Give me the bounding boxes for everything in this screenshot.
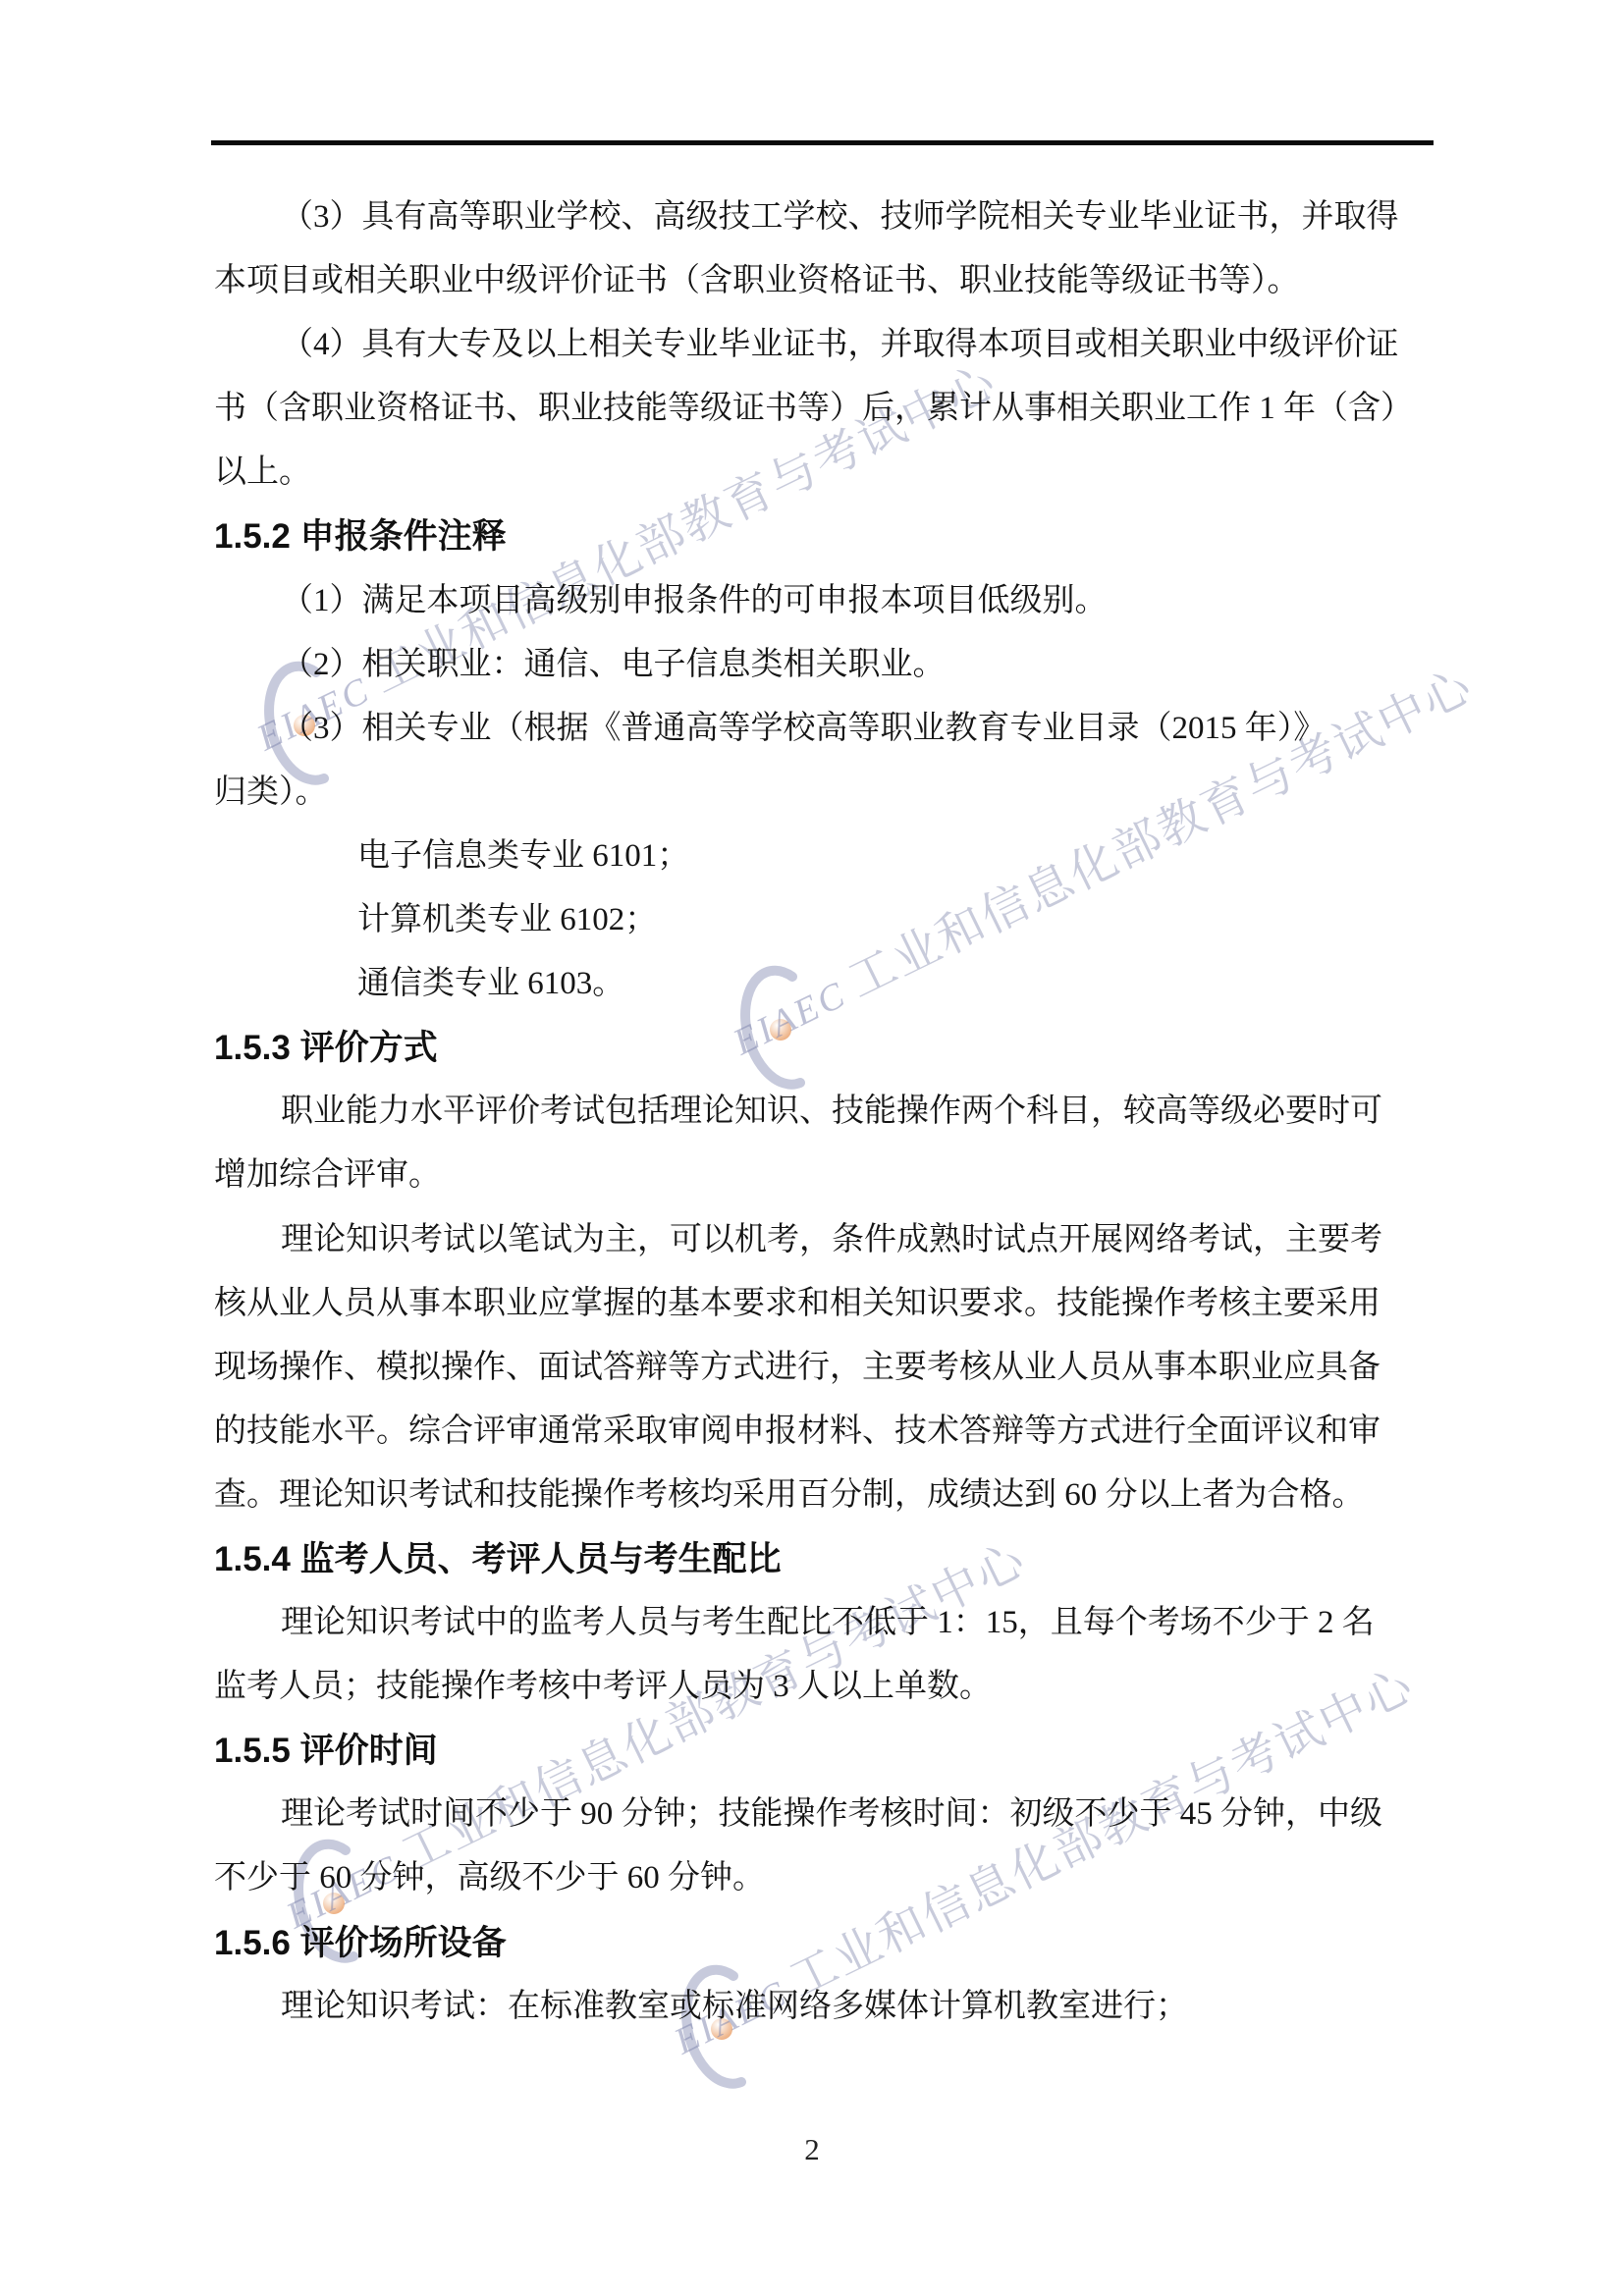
- text-line: 书（含职业资格证书、职业技能等级证书等）后，累计从事相关职业工作 1 年（含）: [214, 377, 1432, 441]
- text-line: 的技能水平。综合评审通常采取审阅申报材料、技术答辩等方式进行全面评议和审: [214, 1400, 1432, 1464]
- section-heading-1-5-5: 1.5.5 评价时间: [214, 1719, 1432, 1783]
- text-line: 以上。: [214, 441, 1432, 505]
- text-line: 现场操作、模拟操作、面试答辩等方式进行，主要考核从业人员从事本职业应具备: [214, 1336, 1432, 1400]
- text-line: （3）相关专业（根据《普通高等学校高等职业教育专业目录（2015 年）》: [214, 697, 1432, 761]
- text-line: 电子信息类专业 6101；: [214, 825, 1432, 888]
- text-line: 监考人员；技能操作考核中考评人员为 3 人以上单数。: [214, 1655, 1432, 1719]
- text-line: 职业能力水平评价考试包括理论知识、技能操作两个科目，较高等级必要时可: [214, 1080, 1432, 1144]
- text-line: 增加综合评审。: [214, 1144, 1432, 1207]
- text-line: 计算机类专业 6102；: [214, 888, 1432, 952]
- text-line: 理论知识考试中的监考人员与考生配比不低于 1：15，且每个考场不少于 2 名: [214, 1591, 1432, 1655]
- text-line: 归类）。: [214, 761, 1432, 825]
- text-line: （4）具有大专及以上相关专业毕业证书，并取得本项目或相关职业中级评价证: [214, 313, 1432, 377]
- text-line: 本项目或相关职业中级评价证书（含职业资格证书、职业技能等级证书等）。: [214, 249, 1432, 313]
- text-line: 查。理论知识考试和技能操作考核均采用百分制，成绩达到 60 分以上者为合格。: [214, 1464, 1432, 1527]
- section-heading-1-5-3: 1.5.3 评价方式: [214, 1016, 1432, 1080]
- text-line: （2）相关职业：通信、电子信息类相关职业。: [214, 633, 1432, 697]
- document-page: EIAEC工业和信息化部教育与考试中心 EIAEC工业和信息化部教育与考试中心: [0, 0, 1624, 2296]
- text-line: 理论知识考试：在标准教室或标准网络多媒体计算机教室进行；: [214, 1975, 1432, 2039]
- section-heading-1-5-2: 1.5.2 申报条件注释: [214, 505, 1432, 568]
- text-line: 通信类专业 6103。: [214, 952, 1432, 1016]
- text-line: 不少于 60 分钟，高级不少于 60 分钟。: [214, 1846, 1432, 1910]
- text-line: （1）满足本项目高级别申报条件的可申报本项目低级别。: [214, 569, 1432, 633]
- section-heading-1-5-4: 1.5.4 监考人员、考评人员与考生配比: [214, 1527, 1432, 1591]
- header-rule: [211, 140, 1434, 145]
- text-line: （3）具有高等职业学校、高级技工学校、技师学院相关专业毕业证书，并取得: [214, 186, 1432, 249]
- text-line: 理论考试时间不少于 90 分钟；技能操作考核时间：初级不少于 45 分钟，中级: [214, 1783, 1432, 1846]
- text-line: 核从业人员从事本职业应掌握的基本要求和相关知识要求。技能操作考核主要采用: [214, 1272, 1432, 1336]
- text-line: 理论知识考试以笔试为主，可以机考，条件成熟时试点开展网络考试，主要考: [214, 1208, 1432, 1272]
- section-heading-1-5-6: 1.5.6 评价场所设备: [214, 1911, 1432, 1975]
- document-body: （3）具有高等职业学校、高级技工学校、技师学院相关专业毕业证书，并取得 本项目或…: [214, 186, 1432, 2039]
- page-number: 2: [0, 2132, 1624, 2167]
